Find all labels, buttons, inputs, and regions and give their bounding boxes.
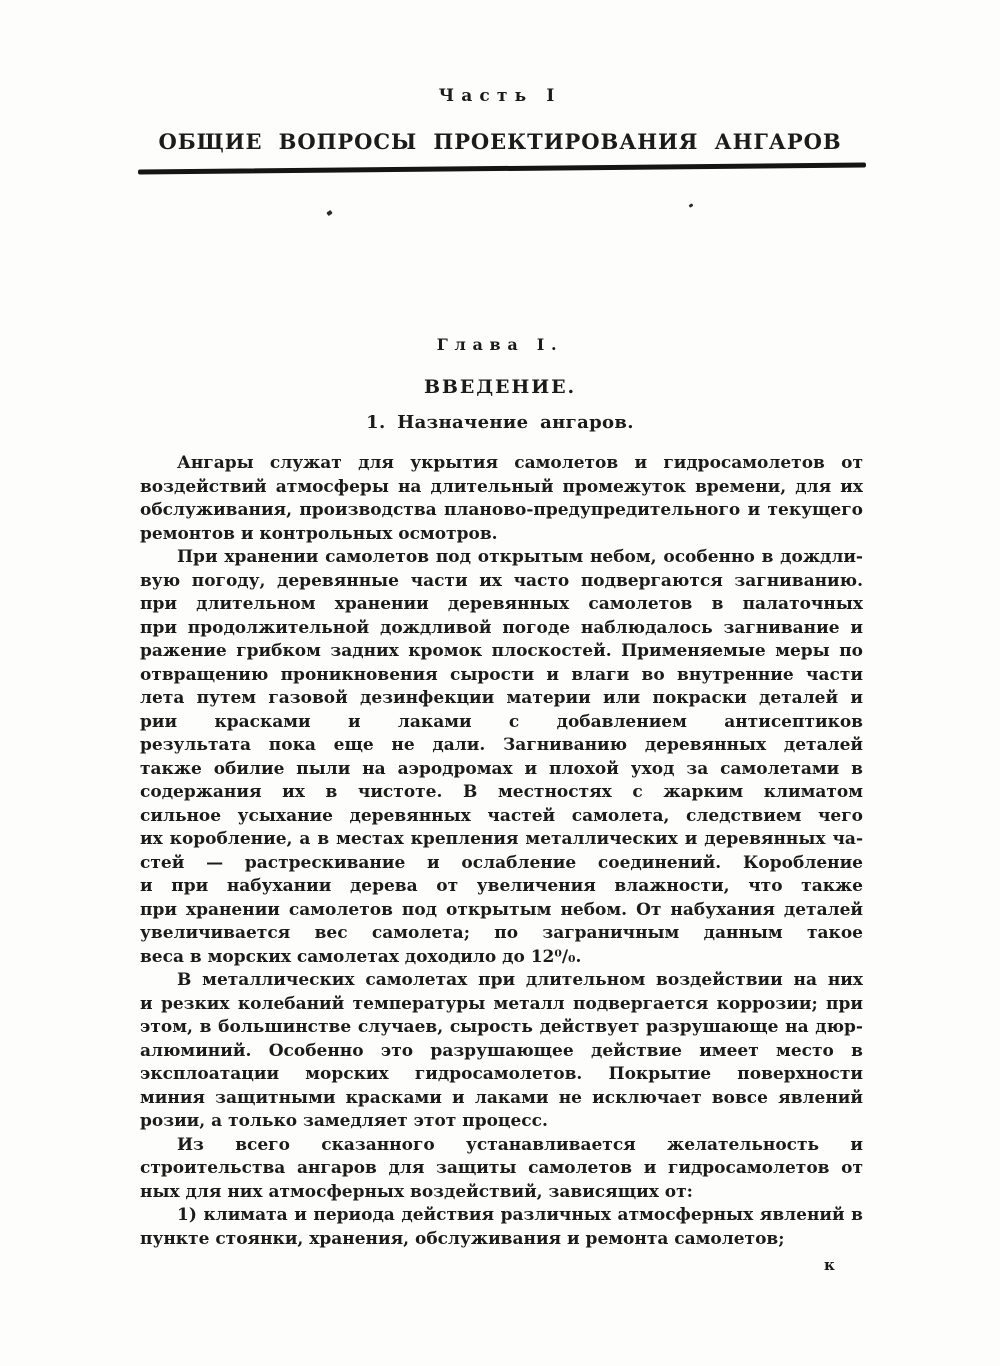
scan-artifact <box>326 210 332 216</box>
text-line: При хранении самолетов под открытым небо… <box>140 546 863 570</box>
text-line: увеличивается вес самолета; по заграничн… <box>140 922 863 946</box>
body-text: Ангары служат для укрытия самолетов и ги… <box>140 452 863 1251</box>
text-line: также обилие пыли на аэродромах и плохой… <box>140 758 863 782</box>
text-line: 1) климата и периода действия различных … <box>140 1204 863 1228</box>
scanned-book-page: Часть I ОБЩИЕ ВОПРОСЫ ПРОЕКТИРОВАНИЯ АНГ… <box>0 0 1000 1366</box>
text-line: эксплоатации морских гидросамолетов. Пок… <box>140 1063 863 1087</box>
text-line: алюминий. Особенно это разрушающее дейст… <box>140 1040 863 1064</box>
chapter-title: ВВЕДЕНИЕ. <box>0 376 1000 398</box>
text-line: лета путем газовой дезинфекции материи и… <box>140 687 863 711</box>
text-line: ражение грибком задних кромок плоскостей… <box>140 640 863 664</box>
part-label: Часть I <box>0 86 1000 106</box>
scan-artifact <box>689 203 694 208</box>
text-line: ных для них атмосферных воздействий, зав… <box>140 1181 863 1205</box>
text-line: рии красками и лаками с добавлением анти… <box>140 711 863 735</box>
text-line: В металлических самолетах при длительном… <box>140 969 863 993</box>
text-line: отвращению проникновения сырости и влаги… <box>140 664 863 688</box>
text-line: при продолжительной дождливой погоде наб… <box>140 617 863 641</box>
text-line: стей — растрескивание и ослабление соеди… <box>140 852 863 876</box>
text-line: Из всего сказанного устанавливается жела… <box>140 1134 863 1158</box>
text-line: содержания их в чистоте. В местностях с … <box>140 781 863 805</box>
text-line: Ангары служат для укрытия самолетов и ги… <box>140 452 863 476</box>
text-line: пункте стоянки, хранения, обслуживания и… <box>140 1228 863 1252</box>
text-line: вую погоду, деревянные части их часто по… <box>140 570 863 594</box>
text-line: миния защитными красками и лаками не иск… <box>140 1087 863 1111</box>
text-line: ремонтов и контрольных осмотров. <box>140 523 863 547</box>
text-line: розии, а только замедляет этот процесс. <box>140 1110 863 1134</box>
text-line: обслуживания, производства планово-преду… <box>140 499 863 523</box>
text-line: при хранении самолетов под открытым небо… <box>140 899 863 923</box>
header-rule <box>138 163 866 175</box>
text-line: при длительном хранении деревянных самол… <box>140 593 863 617</box>
text-line: этом, в большинстве случаев, сырость дей… <box>140 1016 863 1040</box>
text-line: их коробление, а в местах крепления мета… <box>140 828 863 852</box>
chapter-label: Глава I. <box>0 335 1000 354</box>
text-line: воздействий атмосферы на длительный пром… <box>140 476 863 500</box>
part-title: ОБЩИЕ ВОПРОСЫ ПРОЕКТИРОВАНИЯ АНГАРОВ <box>0 129 1000 154</box>
printers-mark: к <box>824 1256 835 1274</box>
section-title: 1. Назначение ангаров. <box>0 412 1000 433</box>
text-line: веса в морских самолетах доходило до 12⁰… <box>140 946 863 970</box>
text-line: строительства ангаров для защиты самолет… <box>140 1157 863 1181</box>
text-line: сильное усыхание деревянных частей самол… <box>140 805 863 829</box>
text-line: и резких колебаний температуры металл по… <box>140 993 863 1017</box>
text-line: и при набухании дерева от увеличения вла… <box>140 875 863 899</box>
text-line: результата пока еще не дали. Загниванию … <box>140 734 863 758</box>
